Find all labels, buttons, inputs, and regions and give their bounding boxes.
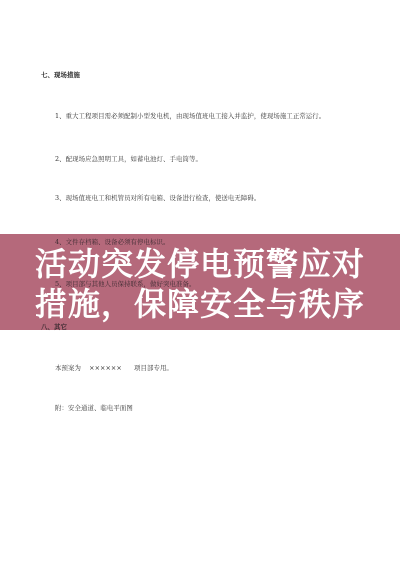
list-item-3: 3、现场值班电工和机管员对所有电箱、设备进行检查，使送电无障碍。 <box>55 194 260 202</box>
list-item-2: 2、配现场应急照明工具，如蓄电池灯、手电筒等。 <box>55 155 202 163</box>
section-heading-site-measures: 七、现场措施 <box>41 71 80 79</box>
interpretation-line: 本预案为 ×××××× 项目部专用。 <box>55 364 173 372</box>
section-heading-other: 八、其它 <box>41 323 67 331</box>
project-name-placeholder: ×××××× <box>89 364 122 372</box>
list-item-1: 1、重大工程项目需必须配制小型发电机，由现场值班电工接入并监护，使现场施工正常运… <box>55 112 325 120</box>
interpretation-suffix: 项目部专用。 <box>134 364 173 372</box>
banner-title-line-2: 措施，保障安全与秩序 <box>0 285 400 323</box>
attachment-line: 附：安全通道、临电平面图 <box>55 404 133 412</box>
banner-title-line-1: 活动突发停电预警应对 <box>0 245 400 283</box>
interpretation-prefix: 本预案为 <box>55 364 81 372</box>
